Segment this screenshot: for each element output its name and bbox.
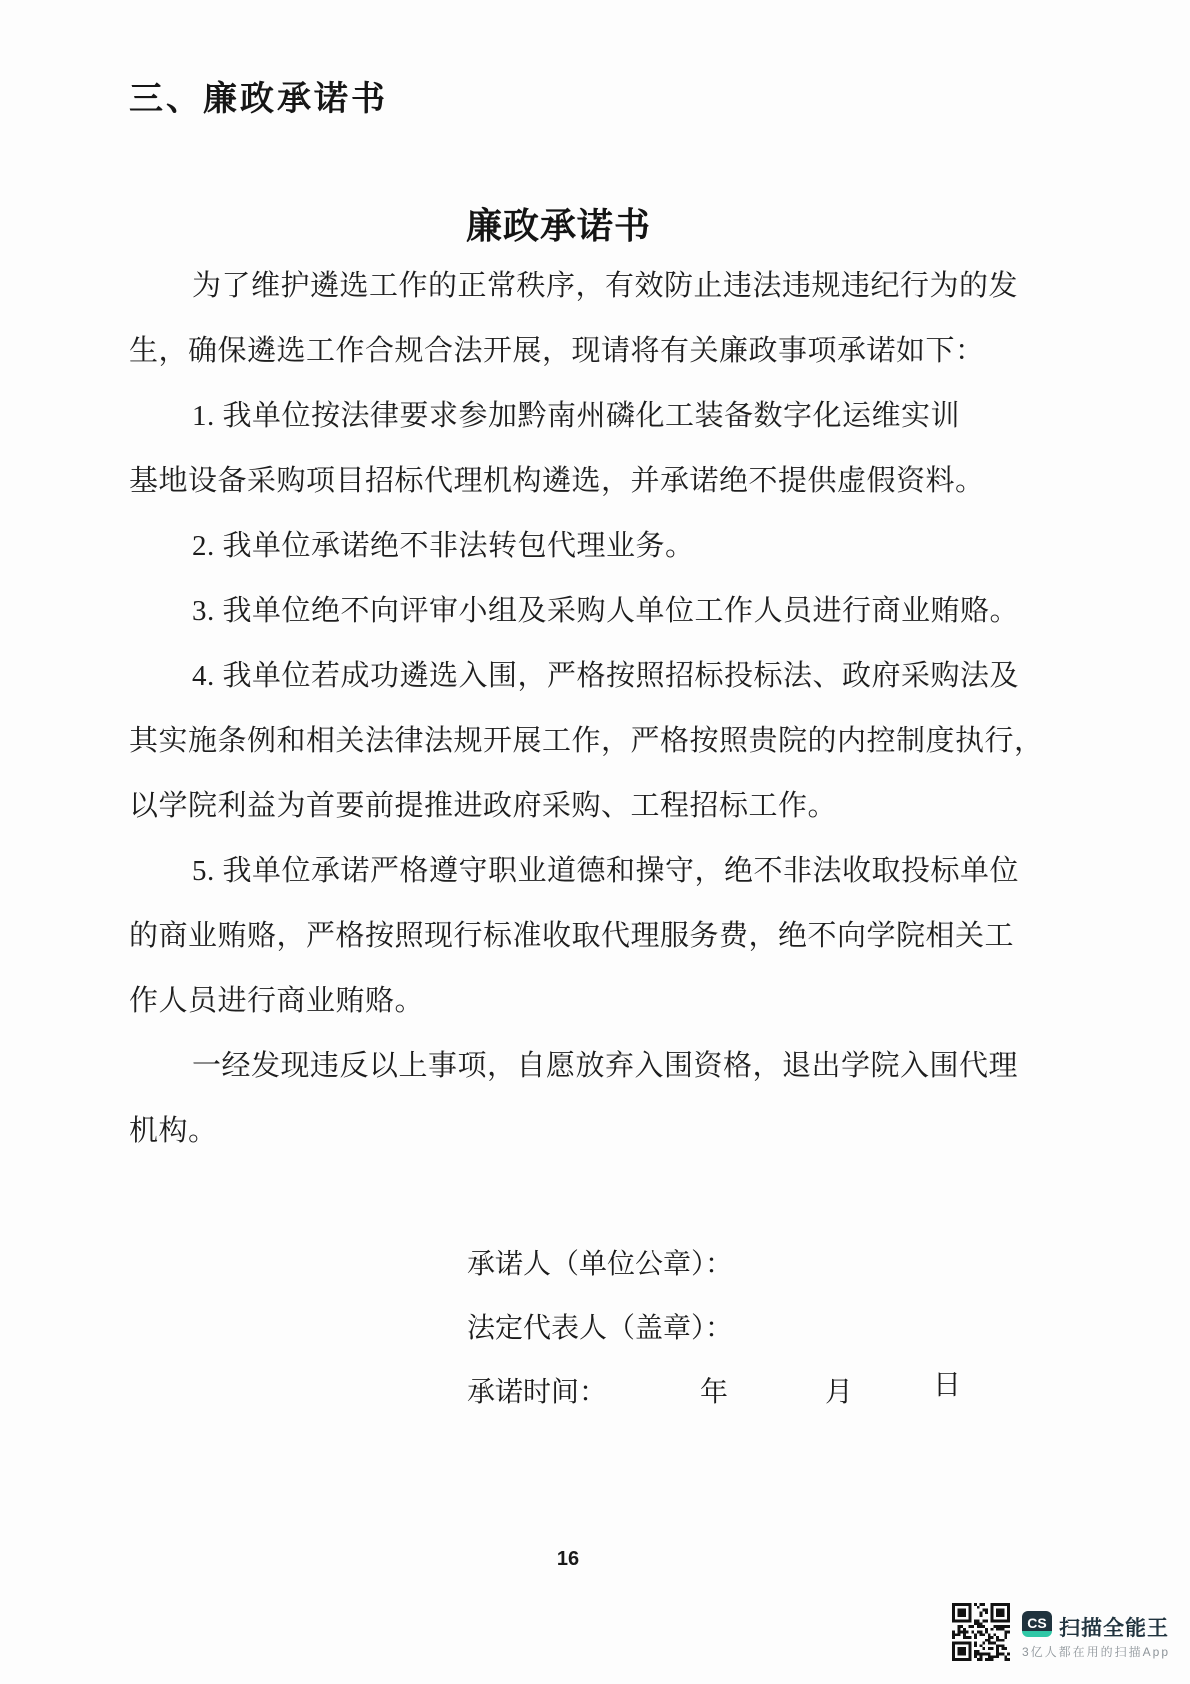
date-label: 承诺时间： bbox=[467, 1376, 607, 1407]
body-line: 3. 我单位绝不向评审小组及采购人单位工作人员进行商业贿赂。 bbox=[129, 579, 1069, 644]
year-label: 年 bbox=[700, 1360, 728, 1424]
document-body: 为了维护遴选工作的正常秩序，有效防止违法违规违纪行为的发 生，确保遴选工作合规合… bbox=[129, 254, 1069, 1164]
body-line: 机构。 bbox=[129, 1099, 1069, 1164]
camscanner-logo-icon: CS bbox=[1022, 1611, 1052, 1637]
body-line: 生，确保遴选工作合规合法开展，现请将有关廉政事项承诺如下： bbox=[129, 319, 1069, 384]
signature-block: 承诺人（单位公章）： 法定代表人（盖章）： 承诺时间：年月日 bbox=[467, 1232, 961, 1424]
promiser-seal-line: 承诺人（单位公章）： bbox=[467, 1232, 961, 1296]
document-title: 廉政承诺书 bbox=[466, 198, 651, 249]
body-line: 其实施条例和相关法律法规开展工作，严格按照贵院的内控制度执行， bbox=[129, 709, 1069, 774]
section-heading: 三、廉政承诺书 bbox=[129, 71, 388, 120]
camscanner-brand-name: 扫描全能王 bbox=[1059, 1612, 1169, 1642]
body-line: 5. 我单位承诺严格遵守职业道德和操守，绝不非法收取投标单位 bbox=[129, 839, 1069, 904]
legal-representative-line: 法定代表人（盖章）： bbox=[467, 1296, 961, 1360]
commitment-date-line: 承诺时间：年月日 bbox=[467, 1360, 961, 1424]
day-label: 日 bbox=[933, 1353, 961, 1417]
body-line: 作人员进行商业贿赂。 bbox=[129, 969, 1069, 1034]
body-line: 的商业贿赂，严格按照现行标准收取代理服务费，绝不向学院相关工 bbox=[129, 904, 1069, 969]
month-label: 月 bbox=[825, 1360, 853, 1424]
body-line: 基地设备采购项目招标代理机构遴选，并承诺绝不提供虚假资料。 bbox=[129, 449, 1069, 514]
body-line: 2. 我单位承诺绝不非法转包代理业务。 bbox=[129, 514, 1069, 579]
qr-code bbox=[952, 1602, 1010, 1662]
body-line: 为了维护遴选工作的正常秩序，有效防止违法违规违纪行为的发 bbox=[129, 254, 1069, 319]
body-line: 一经发现违反以上事项，自愿放弃入围资格，退出学院入围代理 bbox=[129, 1034, 1069, 1099]
body-line: 1. 我单位按法律要求参加黔南州磷化工装备数字化运维实训 bbox=[129, 384, 1069, 449]
page-number: 16 bbox=[540, 1548, 596, 1571]
camscanner-tagline: 3亿人都在用的扫描App bbox=[1022, 1643, 1170, 1660]
scanned-document-page: 三、廉政承诺书 廉政承诺书 为了维护遴选工作的正常秩序，有效防止违法违规违纪行为… bbox=[0, 0, 1190, 1684]
camscanner-logo-text: CS bbox=[1027, 1615, 1046, 1631]
body-line: 以学院利益为首要前提推进政府采购、工程招标工作。 bbox=[129, 774, 1069, 839]
body-line: 4. 我单位若成功遴选入围，严格按照招标投标法、政府采购法及 bbox=[129, 644, 1069, 709]
